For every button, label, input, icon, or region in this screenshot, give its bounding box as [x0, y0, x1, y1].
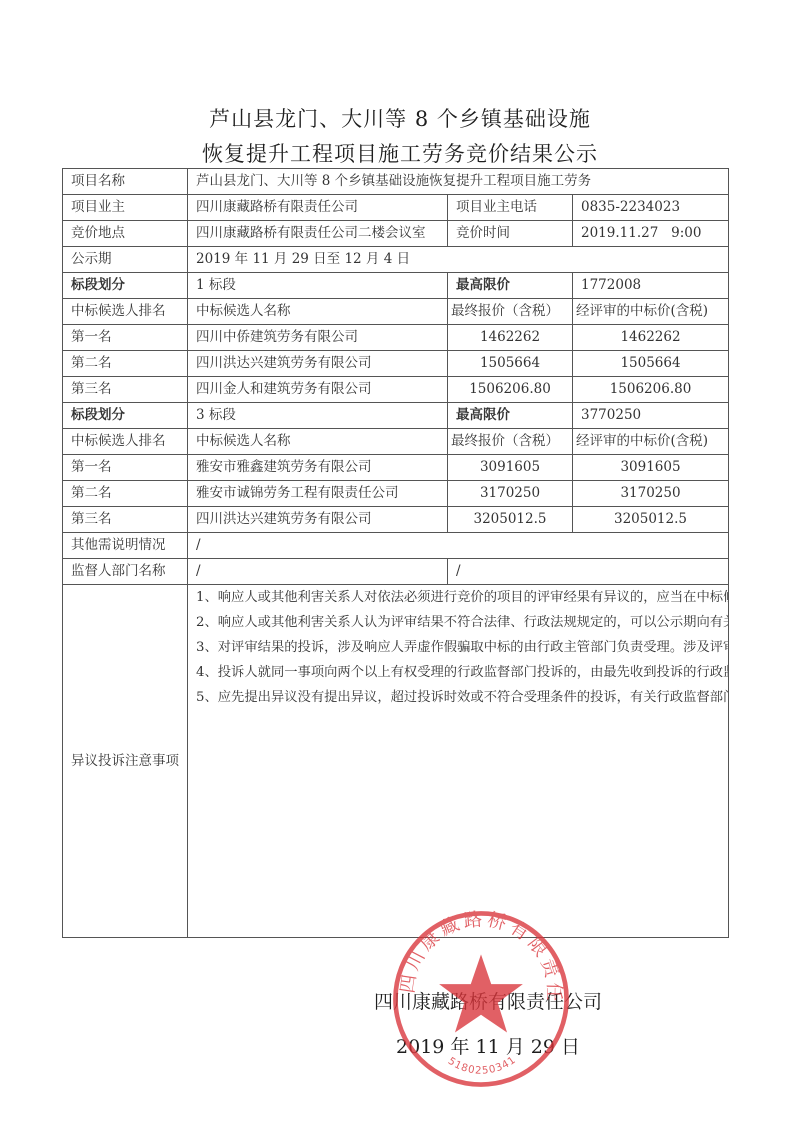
header-evaluated-price: 经评审的中标价(含税): [573, 299, 729, 325]
lot-1-division-row: 标段划分 1 标段 最高限价 1772008: [63, 273, 729, 299]
complaints-label: 异议投诉注意事项: [63, 585, 188, 938]
lot-division-value: 3 标段: [188, 403, 448, 429]
svg-text:5180250341: 5180250341: [446, 1054, 519, 1076]
final-bid: 1506206.80: [448, 377, 573, 403]
max-price-label: 最高限价: [448, 273, 573, 299]
rank: 第一名: [63, 325, 188, 351]
candidate-name: 雅安市雅鑫建筑劳务有限公司: [188, 455, 448, 481]
table-row: 第三名 四川洪达兴建筑劳务有限公司 3205012.5 3205012.5: [63, 507, 729, 533]
location-row: 竞价地点 四川康藏路桥有限责任公司二楼会议室 竞价时间 2019.11.27 9…: [63, 221, 729, 247]
bid-result-table: 项目名称 芦山县龙门、大川等 8 个乡镇基础设施恢复提升工程项目施工劳务 项目业…: [62, 168, 729, 938]
other-value: /: [188, 533, 729, 559]
final-bid: 3091605: [448, 455, 573, 481]
project-name-row: 项目名称 芦山县龙门、大川等 8 个乡镇基础设施恢复提升工程项目施工劳务: [63, 169, 729, 195]
header-rank: 中标候选人排名: [63, 299, 188, 325]
evaluated-price: 1462262: [573, 325, 729, 351]
lot-division-label: 标段划分: [63, 273, 188, 299]
location-label: 竞价地点: [63, 221, 188, 247]
period-row: 公示期 2019 年 11 月 29 日至 12 月 4 日: [63, 247, 729, 273]
evaluated-price: 1506206.80: [573, 377, 729, 403]
document-title-line-2: 恢复提升工程项目施工劳务竞价结果公示: [0, 138, 800, 168]
header-evaluated-price: 经评审的中标价(含税): [573, 429, 729, 455]
complaints-content: 1、响应人或其他利害关系人对依法必须进行竞价的项目的评审经果有异议的，应当在中标…: [188, 585, 729, 938]
period-label: 公示期: [63, 247, 188, 273]
candidate-name: 四川中侨建筑劳务有限公司: [188, 325, 448, 351]
other-label: 其他需说明情况: [63, 533, 188, 559]
max-price-value: 3770250: [573, 403, 729, 429]
rank: 第三名: [63, 377, 188, 403]
supervisor-row: 监督人部门名称 / /: [63, 559, 729, 585]
final-bid: 3205012.5: [448, 507, 573, 533]
final-bid: 1462262: [448, 325, 573, 351]
owner-value: 四川康藏路桥有限责任公司: [188, 195, 448, 221]
table-row: 第二名 四川洪达兴建筑劳务有限公司 1505664 1505664: [63, 351, 729, 377]
location-value: 四川康藏路桥有限责任公司二楼会议室: [188, 221, 448, 247]
other-notes-row: 其他需说明情况 /: [63, 533, 729, 559]
candidate-name: 四川金人和建筑劳务有限公司: [188, 377, 448, 403]
time-label: 竞价时间: [448, 221, 573, 247]
evaluated-price: 3170250: [573, 481, 729, 507]
rank: 第二名: [63, 481, 188, 507]
rank: 第二名: [63, 351, 188, 377]
lot-division-label: 标段划分: [63, 403, 188, 429]
complaint-item-1: 1、响应人或其他利害关系人对依法必须进行竞价的项目的评审经果有异议的，应当在中标…: [196, 585, 720, 610]
table-row: 第一名 四川中侨建筑劳务有限公司 1462262 1462262: [63, 325, 729, 351]
complaints-row: 异议投诉注意事项 1、响应人或其他利害关系人对依法必须进行竞价的项目的评审经果有…: [63, 585, 729, 938]
project-name-label: 项目名称: [63, 169, 188, 195]
company-seal-icon: 四川康藏路桥有限责任公司 5180250341: [388, 906, 574, 1092]
candidate-name: 四川洪达兴建筑劳务有限公司: [188, 507, 448, 533]
lot-3-header-row: 中标候选人排名 中标候选人名称 最终报价（含税） 经评审的中标价(含税): [63, 429, 729, 455]
evaluated-price: 3091605: [573, 455, 729, 481]
header-final-bid: 最终报价（含税）: [448, 299, 573, 325]
evaluated-price: 1505664: [573, 351, 729, 377]
owner-row: 项目业主 四川康藏路桥有限责任公司 项目业主电话 0835-2234023: [63, 195, 729, 221]
table-row: 第一名 雅安市雅鑫建筑劳务有限公司 3091605 3091605: [63, 455, 729, 481]
owner-phone-label: 项目业主电话: [448, 195, 573, 221]
rank: 第三名: [63, 507, 188, 533]
table-row: 第三名 四川金人和建筑劳务有限公司 1506206.80 1506206.80: [63, 377, 729, 403]
complaint-item-2: 2、响应人或其他利害关系人认为评审结果不符合法律、行政法规规定的，可以公示期向有…: [196, 610, 720, 635]
owner-phone-value: 0835-2234023: [573, 195, 729, 221]
complaint-item-3: 3、对评审结果的投诉，涉及响应人弄虚作假骗取中标的由行政主管部门负责受理。涉及评…: [196, 635, 720, 660]
supervisor-label: 监督人部门名称: [63, 559, 188, 585]
candidate-name: 四川洪达兴建筑劳务有限公司: [188, 351, 448, 377]
supervisor-value-2: /: [448, 559, 729, 585]
final-bid: 3170250: [448, 481, 573, 507]
max-price-value: 1772008: [573, 273, 729, 299]
header-name: 中标候选人名称: [188, 429, 448, 455]
lot-division-value: 1 标段: [188, 273, 448, 299]
project-name-value: 芦山县龙门、大川等 8 个乡镇基础设施恢复提升工程项目施工劳务: [188, 169, 729, 195]
lot-3-division-row: 标段划分 3 标段 最高限价 3770250: [63, 403, 729, 429]
time-value: 2019.11.27 9:00: [573, 221, 729, 247]
final-bid: 1505664: [448, 351, 573, 377]
supervisor-value-1: /: [188, 559, 448, 585]
header-final-bid: 最终报价（含税）: [448, 429, 573, 455]
table-row: 第二名 雅安市诚锦劳务工程有限责任公司 3170250 3170250: [63, 481, 729, 507]
owner-label: 项目业主: [63, 195, 188, 221]
period-value: 2019 年 11 月 29 日至 12 月 4 日: [188, 247, 729, 273]
lot-1-header-row: 中标候选人排名 中标候选人名称 最终报价（含税） 经评审的中标价(含税): [63, 299, 729, 325]
header-rank: 中标候选人排名: [63, 429, 188, 455]
document-title-line-1: 芦山县龙门、大川等 8 个乡镇基础设施: [0, 103, 800, 133]
complaint-item-4: 4、投诉人就同一事项向两个以上有权受理的行政监督部门投诉的，由最先收到投诉的行政…: [196, 660, 720, 685]
evaluated-price: 3205012.5: [573, 507, 729, 533]
rank: 第一名: [63, 455, 188, 481]
complaint-item-5: 5、应先提出异议没有提出异议，超过投诉时效或不符合受理条件的投诉，有关行政监督部…: [196, 685, 720, 710]
max-price-label: 最高限价: [448, 403, 573, 429]
header-name: 中标候选人名称: [188, 299, 448, 325]
candidate-name: 雅安市诚锦劳务工程有限责任公司: [188, 481, 448, 507]
